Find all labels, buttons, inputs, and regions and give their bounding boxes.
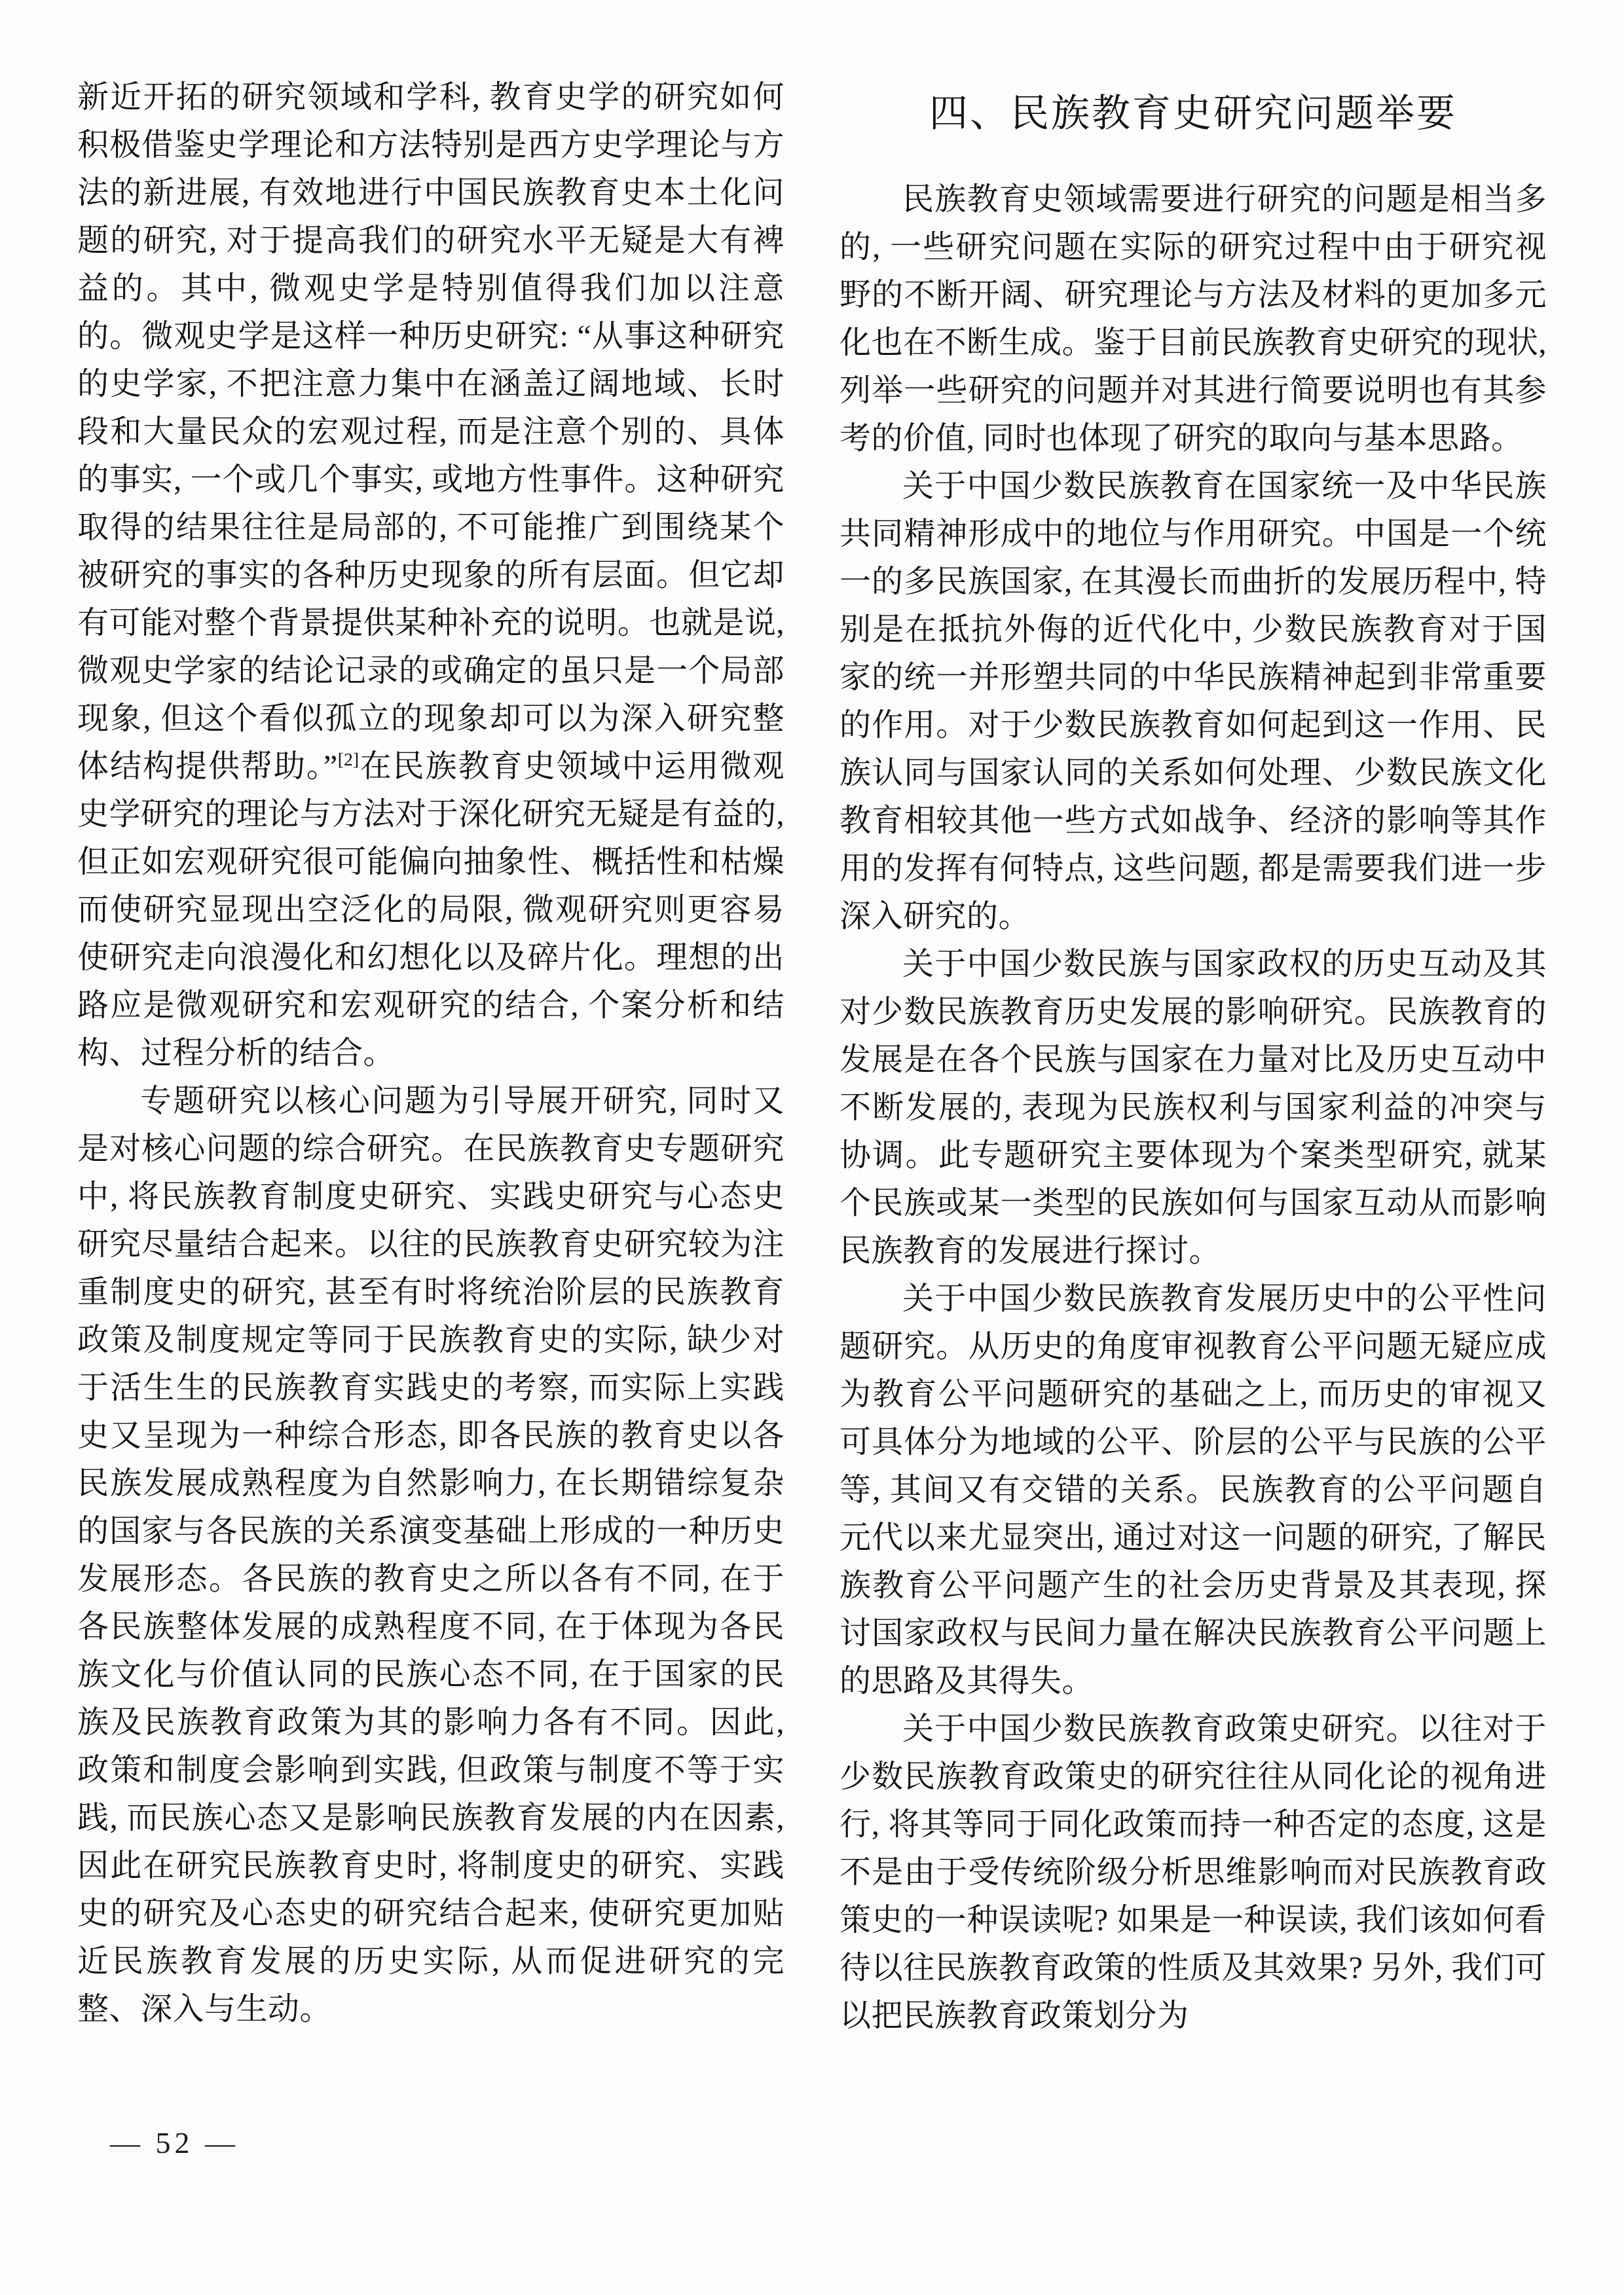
paragraph-text: 新近开拓的研究领域和学科, 教育史学的研究如何积极借鉴史学理论和方法特别是西方史…: [77, 80, 784, 784]
right-column: 四、民族教育史研究问题举要 民族教育史领域需要进行研究的问题是相当多的, 一些研…: [840, 73, 1547, 2040]
paragraph: 新近开拓的研究领域和学科, 教育史学的研究如何积极借鉴史学理论和方法特别是西方史…: [77, 73, 784, 1077]
paragraph: 关于中国少数民族教育政策史研究。以往对于少数民族教育政策史的研究往往从同化论的视…: [840, 1705, 1547, 2040]
paragraph: 关于中国少数民族教育发展历史中的公平性问题研究。从历史的角度审视教育公平问题无疑…: [840, 1275, 1547, 1705]
page-number: — 52 —: [110, 2125, 239, 2160]
paragraph: 民族教育史领域需要进行研究的问题是相当多的, 一些研究问题在实际的研究过程中由于…: [840, 175, 1547, 462]
paragraph: 专题研究以核心问题为引导展开研究, 同时又是对核心问题的综合研究。在民族教育史专…: [77, 1077, 784, 2033]
paragraph: 关于中国少数民族与国家政权的历史互动及其对少数民族教育历史发展的影响研究。民族教…: [840, 940, 1547, 1275]
document-page: 新近开拓的研究领域和学科, 教育史学的研究如何积极借鉴史学理论和方法特别是西方史…: [0, 0, 1624, 2295]
paragraph-text: 在民族教育史领域中运用微观史学研究的理论与方法对于深化研究无疑是有益的, 但正如…: [77, 749, 784, 1071]
footnote-ref: [2]: [338, 750, 359, 770]
section-heading: 四、民族教育史研究问题举要: [840, 85, 1547, 141]
left-column: 新近开拓的研究领域和学科, 教育史学的研究如何积极借鉴史学理论和方法特别是西方史…: [77, 73, 784, 2033]
paragraph: 关于中国少数民族教育在国家统一及中华民族共同精神形成中的地位与作用研究。中国是一…: [840, 462, 1547, 940]
